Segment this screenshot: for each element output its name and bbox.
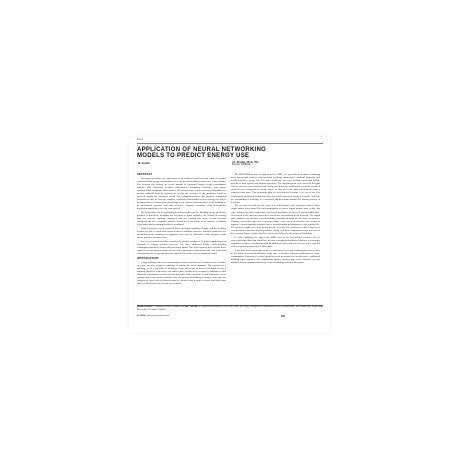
abstract-heading: ABSTRACT (137, 173, 226, 176)
paper-page: 3612 APPLICATION OF NEURAL NETWORKING MO… (129, 137, 330, 333)
introduction-paragraph: A large building affects its surrounding… (137, 261, 226, 285)
author-right: J.F. Kreider, Ph.D., P.E. Member ASHRAE (232, 162, 322, 167)
page-footer: ASHRAE Transactions: Research 505 (137, 315, 323, 318)
author-right-credential: Member ASHRAE (232, 164, 322, 167)
body-paragraph: In office buildings we suspect the RMS e… (231, 236, 320, 248)
footnote-author2: Jan F. Kreider (184, 306, 198, 308)
footnote-author1: Michael Anstett (137, 306, 152, 308)
paper-title: APPLICATION OF NEURAL NETWORKING MODELS … (137, 147, 323, 159)
abstract-paragraph: The formulation for incorporating neural… (137, 211, 226, 226)
introduction-heading: INTRODUCTION (137, 257, 226, 260)
body-paragraph: A key goal of the immediate work is to d… (231, 249, 320, 264)
footer-page-number: 505 (281, 315, 285, 318)
author-left: M. Anstett (138, 162, 150, 165)
author-row: M. Anstett J.F. Kreider, Ph.D., P.E. Mem… (137, 162, 323, 168)
author-footnote: Michael Anstett is a graduate research a… (137, 306, 323, 312)
header-rule (137, 143, 323, 144)
screenshot-canvas: 3612 APPLICATION OF NEURAL NETWORKING MO… (0, 0, 458, 458)
abstract-paragraph: Trained networks can be retrained when o… (137, 227, 226, 239)
body-paragraph: The MONITOR system, as applied to the CH… (231, 173, 320, 203)
body-paragraph: The network selected for this work is a … (231, 204, 320, 234)
paper-title-line2: MODELS TO PREDICT ENERGY USE (137, 153, 323, 159)
footer-journal-label: ASHRAE Transactions: Research (137, 315, 170, 317)
paper-number: 3612 (137, 139, 323, 142)
left-column: ABSTRACT This paper describes the applic… (137, 173, 226, 304)
abstract-paragraph: This paper describes the application of … (137, 177, 226, 211)
right-column: The MONITOR system, as applied to the CH… (231, 173, 320, 304)
body-columns: ABSTRACT This paper describes the applic… (137, 173, 323, 304)
footnote-text: is a graduate research assistant and (153, 306, 184, 308)
page-content: 3612 APPLICATION OF NEURAL NETWORKING MO… (137, 139, 323, 331)
abstract-paragraph: Two recent conferences have produced a n… (137, 240, 226, 255)
